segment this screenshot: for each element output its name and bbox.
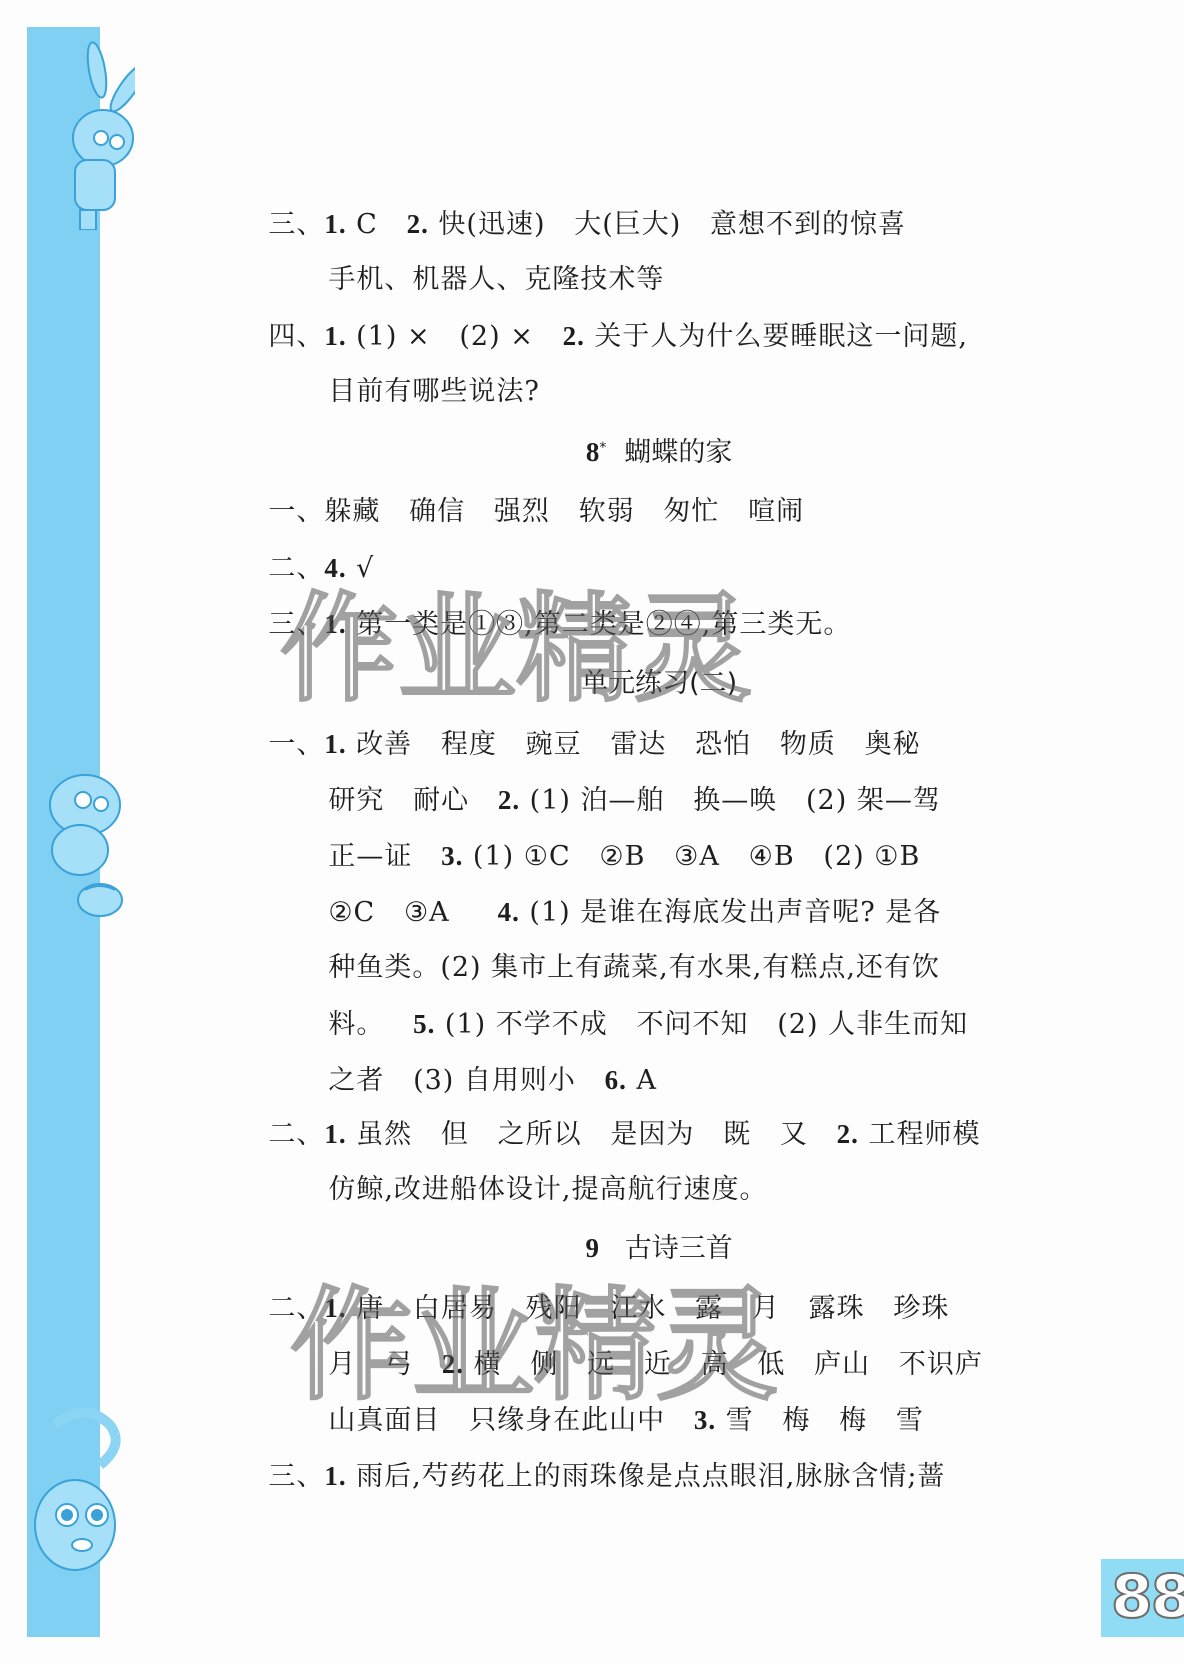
page-number: 88 [1111,1563,1184,1631]
answer-text: 躲藏 确信 强烈 软弱 匆忙 喧闹 [324,496,804,527]
tiger-mascot-icon [25,1395,135,1585]
question-marker: 三、 [268,1461,324,1492]
item-number: 1. [324,1461,346,1491]
rabbit-mascot-icon [25,30,135,230]
answer-text: 工程师模 [859,1119,981,1150]
item-number: 2. [563,321,585,351]
answer-line: 三、1. 雨后,芍药花上的雨珠像是点点眼泪,脉脉含情;蔷 [230,1422,945,1531]
answer-key-page: 三、1. C 2. 快(迅速) 大(巨大) 意想不到的惊喜 手机、机器人、克隆技… [0,0,1184,1664]
optional-lesson-mark: * [599,440,606,456]
item-number: 2. [837,1119,859,1149]
answer-text: 雨后,芍药花上的雨珠像是点点眼泪,脉脉含情;蔷 [347,1461,946,1492]
answer-text: 关于人为什么要睡眠这一问题, [585,321,968,352]
raccoon-mascot-icon [25,770,125,920]
page-number-badge: 88 [1101,1559,1184,1637]
